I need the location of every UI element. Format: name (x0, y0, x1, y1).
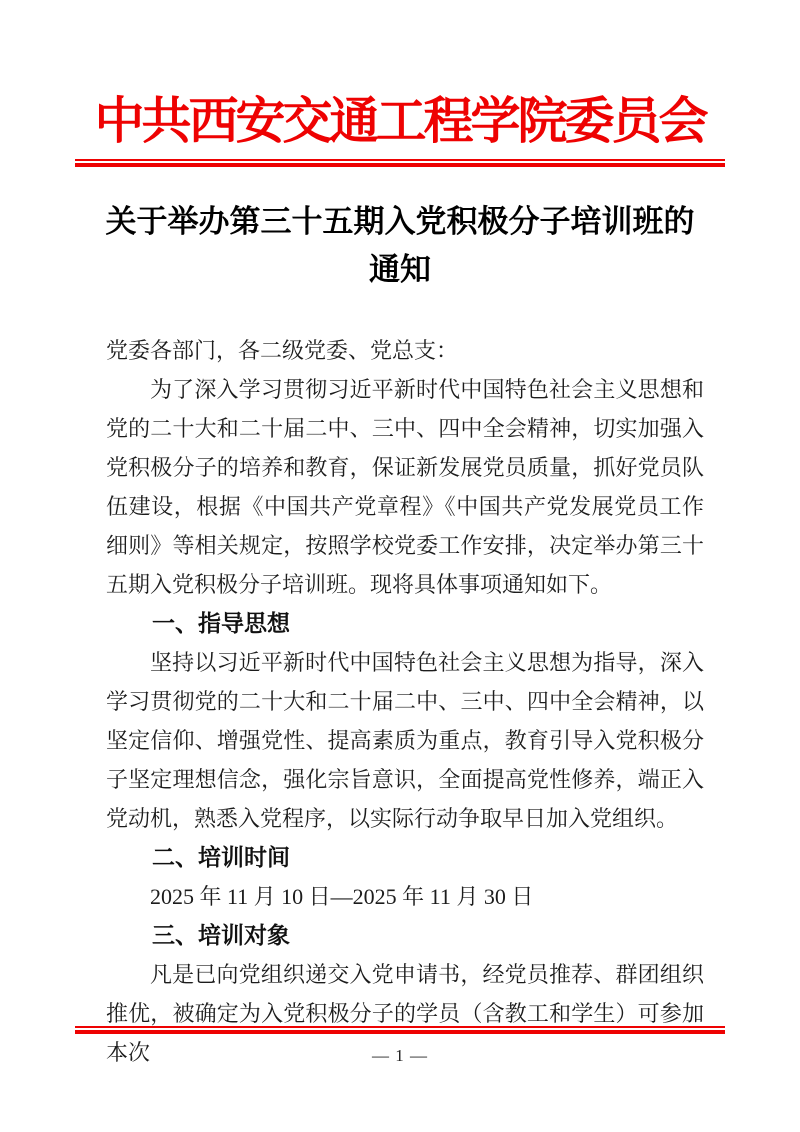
section-1-paragraph: 坚持以习近平新时代中国特色社会主义思想为指导，深入学习贯彻党的二十大和二十届二中… (106, 643, 704, 838)
document-body: 党委各部门，各二级党委、党总支： 为了深入学习贯彻习近平新时代中国特色社会主义思… (106, 331, 704, 1072)
letterhead-org-name: 中共西安交通工程学院委员会 (0, 0, 800, 149)
section-1-heading: 一、指导思想 (106, 604, 704, 643)
letterhead-divider (75, 159, 725, 167)
letterhead-divider-thick-line (75, 163, 725, 167)
letterhead: 中共西安交通工程学院委员会 (0, 0, 800, 167)
document-title: 关于举办第三十五期入党积极分子培训班的 通知 (0, 198, 800, 294)
section-2-heading: 二、培训时间 (106, 838, 704, 877)
page-number: — 1 — (0, 1046, 800, 1066)
section-2-paragraph: 2025 年 11 月 10 日—2025 年 11 月 30 日 (106, 877, 704, 916)
salutation: 党委各部门，各二级党委、党总支： (106, 331, 704, 370)
document-title-line1: 关于举办第三十五期入党积极分子培训班的 (0, 198, 800, 246)
intro-paragraph: 为了深入学习贯彻习近平新时代中国特色社会主义思想和党的二十大和二十届二中、三中、… (106, 370, 704, 604)
section-3-heading: 三、培训对象 (106, 916, 704, 955)
footer-divider (75, 1026, 725, 1034)
document-title-line2: 通知 (0, 246, 800, 294)
document-page: 中共西安交通工程学院委员会 关于举办第三十五期入党积极分子培训班的 通知 党委各… (0, 0, 800, 1132)
footer-divider-thick-line (75, 1030, 725, 1034)
